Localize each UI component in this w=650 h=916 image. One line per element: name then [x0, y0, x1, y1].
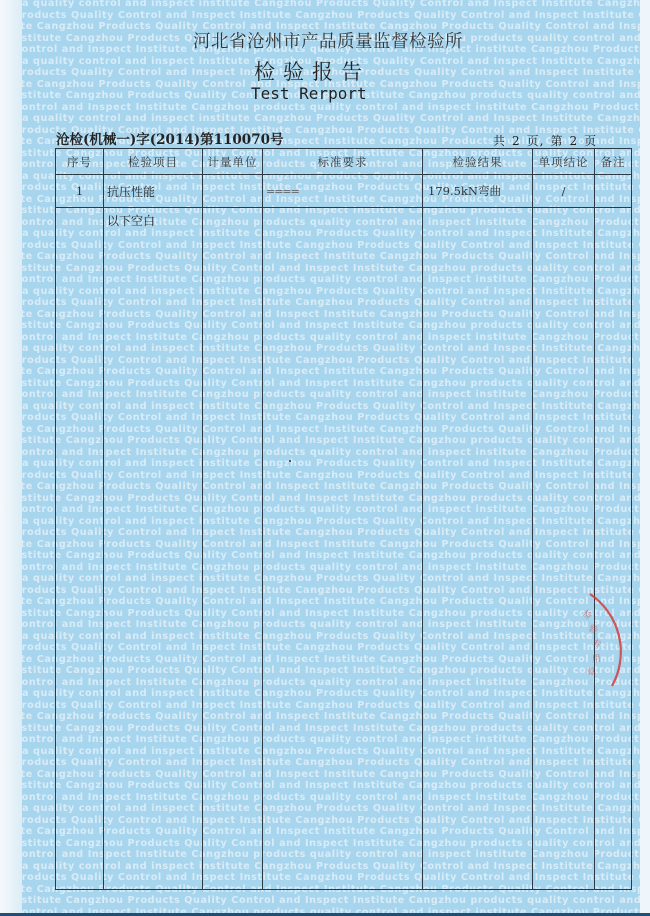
cell-result: [423, 208, 533, 890]
table-row: 1 抗压性能 ==== 179.5kN弯曲 /: [56, 175, 632, 208]
header-item: 检验项目: [104, 149, 203, 175]
page-total: 2: [512, 134, 521, 148]
inspection-table: 序号 检验项目 计量单位 标准要求 检验结果 单项结论 备注 1 抗压性能 ==…: [55, 148, 632, 890]
page-total-prefix: 共: [493, 134, 506, 148]
watermark-line: a quality control and inspect institute …: [22, 113, 640, 124]
page-current-prefix: 第: [550, 134, 563, 148]
cell-item: 以下空白: [104, 208, 203, 890]
report-title-english: Test Rerport: [251, 84, 367, 103]
standard-dashes: ====: [266, 185, 299, 198]
header-conclusion: 单项结论: [533, 149, 595, 175]
cell-conclusion: [533, 208, 595, 890]
page-current-suffix: 页: [584, 134, 597, 148]
watermark-line: Control and Inspect Institute Cangzhou p…: [22, 102, 640, 113]
page-total-suffix: 页,: [527, 134, 545, 148]
table-header-row: 序号 检验项目 计量单位 标准要求 检验结果 单项结论 备注: [56, 149, 632, 175]
cell-unit: [203, 175, 263, 208]
header-index: 序号: [56, 149, 104, 175]
cell-remarks: [595, 175, 632, 208]
cell-standard: [263, 208, 423, 890]
cell-standard: ====: [263, 175, 423, 208]
cell-result: 179.5kN弯曲: [423, 175, 533, 208]
cell-conclusion: /: [533, 175, 595, 208]
page-current: 2: [570, 134, 579, 148]
cell-unit: [203, 208, 263, 890]
report-number: 沧检(机械一)字(2014)第110070号: [56, 128, 283, 148]
cell-remarks: [595, 208, 632, 890]
report-title-chinese: 检验报告: [254, 56, 370, 86]
organization-name: 河北省沧州市产品质量监督检验所: [193, 28, 463, 53]
watermark-line: zhou Products Quality Control and Inspec…: [22, 10, 640, 21]
table-row: 以下空白: [56, 208, 632, 890]
page-left-margin: [0, 0, 22, 913]
scan-speck: [289, 460, 291, 462]
page-info: 共2页,第2页: [490, 132, 600, 149]
header-standard: 标准要求: [263, 149, 423, 175]
watermark-line: Inspect Institute Cangzhou Products Qual…: [22, 895, 640, 906]
cell-index: 1: [56, 175, 104, 208]
watermark-line: a quality control and inspect institute …: [22, 0, 640, 9]
header-remarks: 备注: [595, 149, 632, 175]
cell-index: [56, 208, 104, 890]
header-unit: 计量单位: [203, 149, 263, 175]
cell-item: 抗压性能: [104, 175, 203, 208]
header-result: 检验结果: [423, 149, 533, 175]
page-right-margin: [640, 0, 650, 913]
